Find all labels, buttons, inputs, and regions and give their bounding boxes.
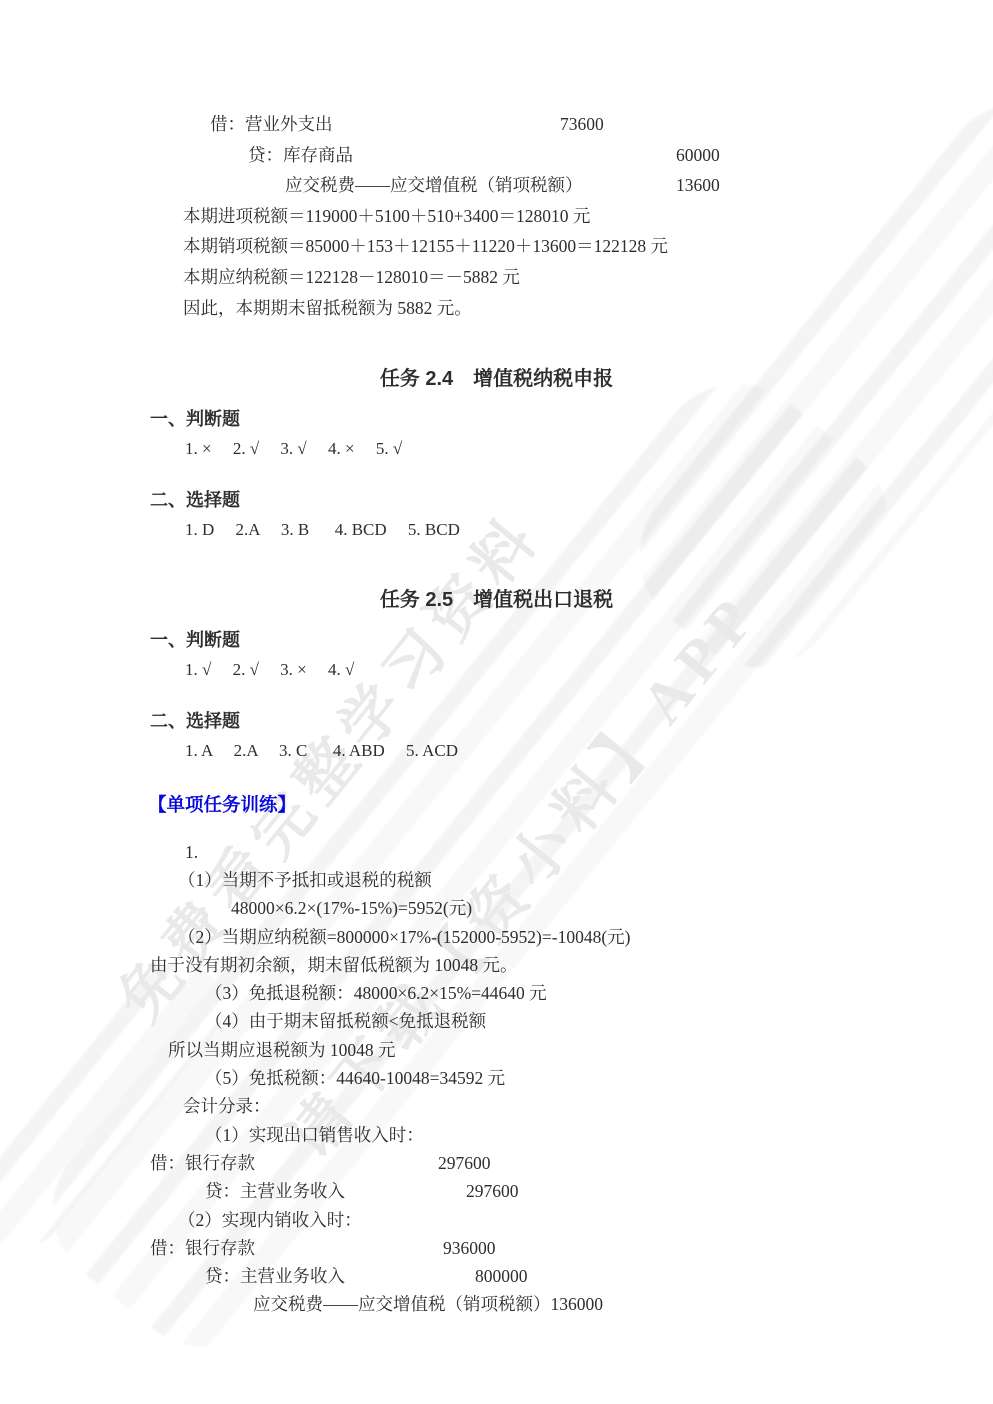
line-text: 1. [185,842,198,862]
question-group: 一、判断题1. √ 2. √ 3. × 4. √ [0,626,993,684]
question-group-answers: 1. × 2. √ 3. √ 4. × 5. √ [0,434,993,463]
line-text: （1）实现出口销售收入时： [205,1125,424,1145]
text-line: （2）当期应纳税额=800000×17%-(152000-5952)=-1004… [0,923,993,951]
line-text: 由于没有期初余额，期末留低税额为 10048 元。 [150,955,518,975]
line-text: 48000×6.2×(17%-15%)=5952(元) [231,898,472,918]
line-amount: 297600 [466,1177,519,1205]
text-line: 借：银行存款297600 [0,1149,993,1177]
line-amount: 297600 [438,1149,491,1177]
task-2-5-groups: 一、判断题1. √ 2. √ 3. × 4. √二、选择题1. A 2.A 3.… [0,626,993,765]
text-line: 48000×6.2×(17%-15%)=5952(元) [0,894,993,922]
text-line: 贷：库存商品60000 [0,140,993,171]
line-text: 借：营业外支出 [210,114,333,134]
question-group-answers: 1. A 2.A 3. C 4. ABD 5. ACD [0,736,993,765]
text-line: 本期销项税额＝85000＋153＋12155＋11220＋13600＝12212… [0,231,993,262]
line-text: 本期销项税额＝85000＋153＋12155＋11220＋13600＝12212… [183,236,668,256]
text-line: （5）免抵税额：44640-10048=34592 元 [0,1064,993,1092]
text-line: （1）当期不予抵扣或退税的税额 [0,866,993,894]
section-task-2-5: 任务 2.5 增值税出口退税 一、判断题1. √ 2. √ 3. × 4. √二… [0,586,993,765]
question-group-heading: 二、选择题 [0,486,993,515]
page-content: 借：营业外支出73600贷：库存商品60000应交税费——应交增值税（销项税额）… [0,0,993,1404]
section-title-2-5: 任务 2.5 增值税出口退税 [0,586,993,614]
line-text: 本期应纳税额＝122128－128010＝－5882 元 [183,267,520,287]
question-group: 一、判断题1. × 2. √ 3. √ 4. × 5. √ [0,405,993,463]
line-text: （5）免抵税额：44640-10048=34592 元 [205,1068,505,1088]
line-text: （2）当期应纳税额=800000×17%-(152000-5952)=-1004… [178,927,630,947]
section-task-2-4: 任务 2.4 增值税纳税申报 一、判断题1. × 2. √ 3. √ 4. × … [0,365,993,544]
question-group-answers: 1. √ 2. √ 3. × 4. √ [0,655,993,684]
line-amount: 936000 [443,1234,496,1262]
line-text: 贷：主营业务收入 [205,1266,345,1286]
text-line: （2）实现内销收入时： [0,1206,993,1234]
text-line: 由于没有期初余额，期末留低税额为 10048 元。 [0,951,993,979]
journal-lines: 借：营业外支出73600贷：库存商品60000应交税费——应交增值税（销项税额）… [0,109,993,323]
line-text: 借：银行存款 [150,1153,255,1173]
question-group-heading: 一、判断题 [0,405,993,434]
question-group-answers: 1. D 2.A 3. B 4. BCD 5. BCD [0,515,993,544]
question-group-heading: 二、选择题 [0,707,993,736]
line-text: 应交税费——应交增值税（销项税额）136000 [253,1294,603,1314]
training-heading: 【单项任务训练】 [0,791,993,819]
question-group: 二、选择题1. A 2.A 3. C 4. ABD 5. ACD [0,707,993,765]
line-text: 所以当期应退税额为 10048 元 [168,1040,396,1060]
line-text: 贷：主营业务收入 [205,1181,345,1201]
text-line: （4）由于期末留抵税额<免抵退税额 [0,1007,993,1035]
text-line: 本期应纳税额＝122128－128010＝－5882 元 [0,262,993,293]
text-line: （3）免抵退税额：48000×6.2×15%=44640 元 [0,979,993,1007]
text-line: 会计分录： [0,1092,993,1120]
text-line: 借：营业外支出73600 [0,109,993,140]
text-line: 贷：主营业务收入297600 [0,1177,993,1205]
line-amount: 73600 [560,109,604,140]
line-text: 因此，本期期末留抵税额为 5882 元。 [183,298,472,318]
text-line: 应交税费——应交增值税（销项税额）13600 [0,170,993,201]
line-text: （4）由于期末留抵税额<免抵退税额 [205,1011,486,1031]
text-line: 本期进项税额＝119000＋5100＋510+3400＝128010 元 [0,201,993,232]
line-text: 贷：库存商品 [248,145,353,165]
line-amount: 800000 [475,1262,528,1290]
line-text: 本期进项税额＝119000＋5100＋510+3400＝128010 元 [183,206,590,226]
line-text: 借：银行存款 [150,1238,255,1258]
question-group-heading: 一、判断题 [0,626,993,655]
text-line: 因此，本期期末留抵税额为 5882 元。 [0,293,993,324]
section-journal-answer: 借：营业外支出73600贷：库存商品60000应交税费——应交增值税（销项税额）… [0,109,993,323]
text-line: （1）实现出口销售收入时： [0,1121,993,1149]
line-text: （2）实现内销收入时： [178,1210,362,1230]
text-line: 借：银行存款936000 [0,1234,993,1262]
line-text: （3）免抵退税额：48000×6.2×15%=44640 元 [205,983,547,1003]
question-group: 二、选择题1. D 2.A 3. B 4. BCD 5. BCD [0,486,993,544]
text-line: 所以当期应退税额为 10048 元 [0,1036,993,1064]
text-line: 应交税费——应交增值税（销项税额）136000 [0,1290,993,1318]
section-single-task-training: 【单项任务训练】 1.（1）当期不予抵扣或退税的税额48000×6.2×(17%… [0,791,993,1319]
document-page: 免费看完整学习资料 请下载【资小料】APP 借：营业外支出73600贷：库存商品… [0,0,993,1404]
line-amount: 60000 [676,140,720,171]
line-text: 会计分录： [183,1096,271,1116]
text-line: 1. [0,838,993,866]
task-2-4-groups: 一、判断题1. × 2. √ 3. √ 4. × 5. √二、选择题1. D 2… [0,405,993,544]
training-lines: 1.（1）当期不予抵扣或退税的税额48000×6.2×(17%-15%)=595… [0,838,993,1319]
line-amount: 13600 [676,170,720,201]
line-text: 应交税费——应交增值税（销项税额） [285,175,583,195]
text-line: 贷：主营业务收入800000 [0,1262,993,1290]
section-title-2-4: 任务 2.4 增值税纳税申报 [0,365,993,393]
line-text: （1）当期不予抵扣或退税的税额 [178,870,432,890]
